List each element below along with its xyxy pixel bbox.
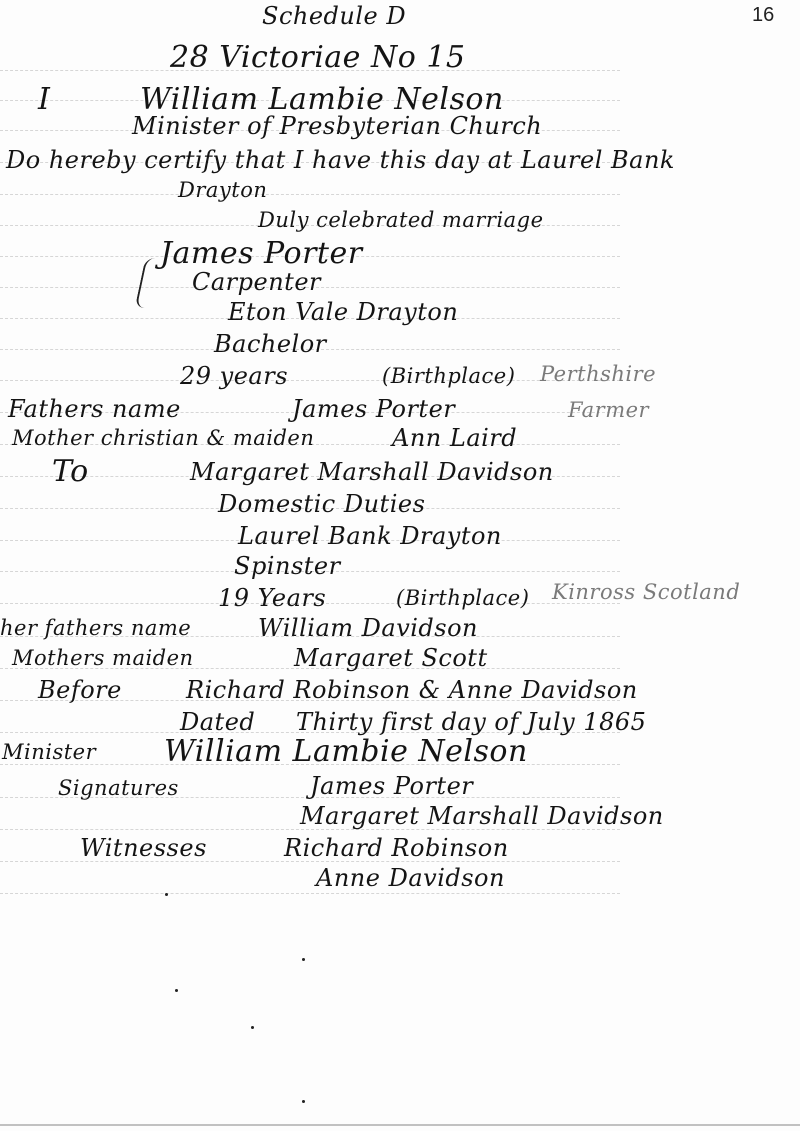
bride-age: 19 Years	[218, 584, 326, 612]
bride-residence: Laurel Bank Drayton	[238, 522, 502, 550]
witness-2: Anne Davidson	[316, 864, 505, 892]
groom-birthplace: Perthshire	[540, 362, 656, 386]
certification-place: Drayton	[178, 178, 267, 202]
groom-name: James Porter	[160, 236, 363, 271]
bride-name: Margaret Marshall Davidson	[190, 458, 554, 486]
dated-value: Thirty first day of July 1865	[296, 708, 646, 736]
groom-residence: Eton Vale Drayton	[228, 298, 458, 326]
groom-birthplace-label: (Birthplace)	[382, 364, 515, 388]
bride-father-label: her fathers name	[0, 616, 191, 640]
groom-mother-name: Ann Laird	[392, 424, 517, 452]
to-label: To	[52, 454, 89, 489]
scan-speck	[251, 1026, 254, 1029]
scan-speck	[302, 1100, 305, 1103]
signature-bride: Margaret Marshall Davidson	[300, 802, 664, 830]
schedule-heading: Schedule D	[262, 2, 406, 30]
page-bottom-edge	[0, 1124, 800, 1126]
officiant-title: Minister of Presbyterian Church	[132, 112, 542, 140]
witness-1: Richard Robinson	[284, 834, 509, 862]
signature-groom: James Porter	[310, 772, 473, 800]
officiant-pronoun: I	[38, 82, 50, 117]
certification-text: Duly celebrated marriage	[258, 208, 544, 232]
bride-birthplace: Kinross Scotland	[552, 580, 740, 604]
scan-speck	[302, 958, 305, 961]
scanned-document-page: 16 Schedule D 28 Victoriae No 15 I Willi…	[0, 0, 800, 1131]
ruled-line	[0, 194, 620, 195]
signatures-label: Signatures	[58, 776, 179, 800]
groom-mother-label: Mother christian & maiden	[12, 426, 314, 450]
groom-condition: Bachelor	[214, 330, 327, 358]
groom-occupation: Carpenter	[192, 268, 321, 296]
before-names: Richard Robinson & Anne Davidson	[186, 676, 638, 704]
minister-label: Minister	[2, 740, 96, 764]
minister-signature: William Lambie Nelson	[164, 734, 528, 769]
bride-birthplace-label: (Birthplace)	[396, 586, 529, 610]
groom-father-name: James Porter	[292, 395, 455, 423]
bride-mother-name: Margaret Scott	[294, 644, 488, 672]
ruled-line	[0, 380, 620, 381]
scan-speck	[175, 989, 178, 992]
groom-father-label: Fathers name	[8, 395, 181, 423]
act-reference: 28 Victoriae No 15	[170, 40, 466, 75]
groom-age: 29 years	[180, 362, 288, 390]
bride-occupation: Domestic Duties	[218, 490, 425, 518]
groom-father-extra: Farmer	[568, 398, 649, 422]
before-label: Before	[38, 676, 122, 704]
page-number: 16	[752, 4, 774, 27]
witnesses-label: Witnesses	[80, 834, 207, 862]
ruled-line	[0, 893, 620, 894]
bride-father-name: William Davidson	[258, 614, 478, 642]
dated-label: Dated	[180, 708, 255, 736]
bride-condition: Spinster	[234, 552, 341, 580]
certification-line: Do hereby certify that I have this day a…	[6, 146, 675, 174]
scan-speck	[165, 893, 168, 896]
bride-mother-label: Mothers maiden	[12, 646, 194, 670]
